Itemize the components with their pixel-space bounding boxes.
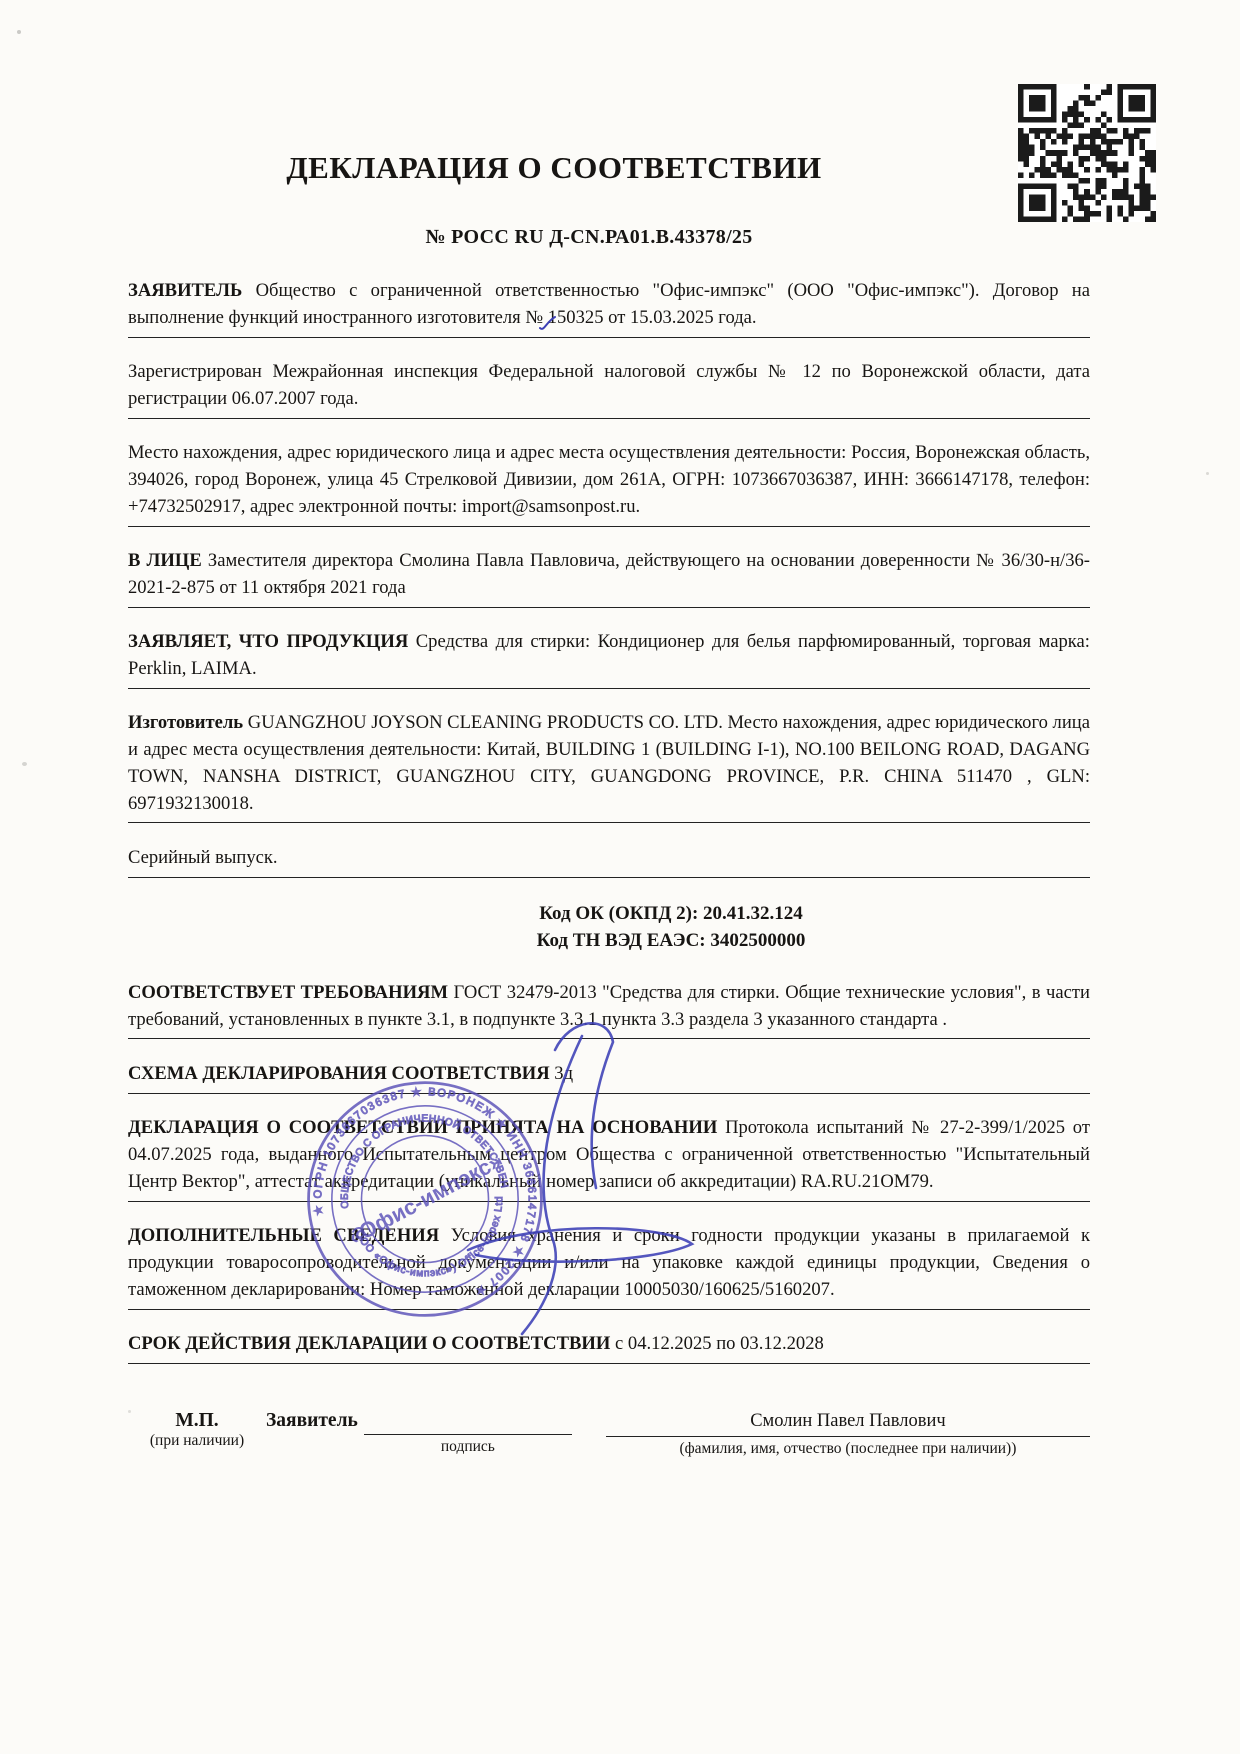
section-label: Изготовитель	[128, 712, 248, 733]
scan-speck	[22, 762, 27, 766]
section-manufacturer: ИзготовительGUANGZHOU JOYSON CLEANING PR…	[128, 707, 1090, 823]
section-text: Место нахождения, адрес юридического лиц…	[128, 442, 1090, 517]
section-label: ЗАЯВЛЯЕТ, ЧТО ПРОДУКЦИЯ	[128, 631, 416, 652]
signature-caption: подпись	[364, 1438, 572, 1456]
section-registered: Зарегистрирован Межрайонная инспекция Фе…	[128, 356, 1090, 419]
section-product: ЗАЯВЛЯЕТ, ЧТО ПРОДУКЦИЯСредства для стир…	[128, 626, 1090, 689]
applicant-label: Заявитель	[266, 1410, 358, 1432]
section-text: Общество с ограниченной ответственностью…	[128, 280, 1090, 328]
declaration-document-page: ДЕКЛАРАЦИЯ О СООТВЕТСТВИИ № РОСС RU Д-CN…	[0, 0, 1240, 1754]
signature-row: М.П. (при наличии) Заявитель подпись Смо…	[128, 1410, 1090, 1458]
section-text: Заместителя директора Смолина Павла Павл…	[128, 550, 1090, 598]
person-name-caption: (фамилия, имя, отчество (последнее при н…	[606, 1440, 1090, 1458]
signature-line	[364, 1410, 572, 1435]
mp-note: (при наличии)	[142, 1432, 252, 1450]
section-zayavitel: ЗАЯВИТЕЛЬОбщество с ограниченной ответст…	[128, 275, 1090, 338]
section-text: Зарегистрирован Межрайонная инспекция Фе…	[128, 361, 1090, 409]
codes-block: Код ОК (ОКПД 2): 20.41.32.124 Код ТН ВЭД…	[190, 896, 1152, 958]
section-location: Место нахождения, адрес юридического лиц…	[128, 437, 1090, 526]
mp-label: М.П.	[142, 1410, 252, 1432]
okpd-code: Код ОК (ОКПД 2): 20.41.32.124	[190, 901, 1152, 928]
stamp-place-block: М.П. (при наличии)	[142, 1410, 252, 1450]
section-v-litse: В ЛИЦЕЗаместителя директора Смолина Павл…	[128, 545, 1090, 608]
registration-number: № РОСС RU Д-CN.РА01.В.43378/25	[108, 226, 1070, 249]
section-text: Серийный выпуск.	[128, 847, 278, 868]
person-name: Смолин Павел Павлович	[606, 1410, 1090, 1437]
signature-ink	[350, 998, 750, 1362]
page-title: ДЕКЛАРАЦИЯ О СООТВЕТСТВИИ	[73, 150, 1035, 186]
signature-line-block: подпись	[364, 1410, 572, 1456]
scan-speck	[17, 30, 21, 34]
section-label: ЗАЯВИТЕЛЬ	[128, 280, 256, 301]
tnved-code: Код ТН ВЭД ЕАЭС: 3402500000	[190, 928, 1152, 955]
section-text: GUANGZHOU JOYSON CLEANING PRODUCTS CO. L…	[128, 712, 1090, 813]
section-label: В ЛИЦЕ	[128, 550, 208, 571]
section-serial-issue: Серийный выпуск.	[128, 842, 1090, 878]
scan-speck	[1206, 472, 1209, 475]
pen-tick-mark	[536, 314, 560, 336]
person-name-block: Смолин Павел Павлович (фамилия, имя, отч…	[606, 1410, 1090, 1458]
